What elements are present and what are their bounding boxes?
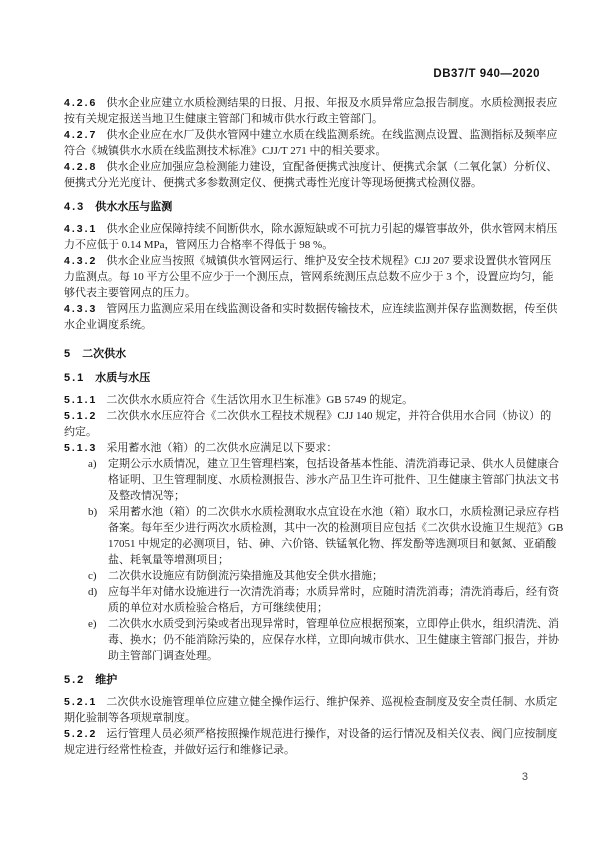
paragraph-line: 符合《城镇供水水质在线监测技术标准》CJJ/T 271 中的相关要求。: [64, 143, 538, 159]
list-marker: d): [88, 584, 97, 600]
heading-number: 5.1: [64, 372, 85, 384]
document-page: DB37/T 940—2020 4.2.6供水企业应建立水质检测结果的日报、月报…: [0, 0, 596, 842]
heading-number: 5.2: [64, 674, 85, 686]
standard-paragraph: 4.2.6供水企业应建立水质检测结果的日报、月报、年报及水质异常应急报告制度。水…: [64, 95, 538, 127]
paragraph-line: 4.3.1供水企业应保障持续不间断供水，除水源短缺或不可抗力引起的爆管事故外，供…: [64, 221, 538, 237]
standard-paragraph: 5.2.2运行管理人员必须严格按照操作规范进行操作，对设备的运行情况及相关仪表、…: [64, 726, 538, 758]
list-item: c)二次供水设施应有防倒流污染措施及其他安全供水措施；: [64, 568, 538, 584]
section-heading: 5.1水质与水压: [64, 370, 538, 386]
list-item-line: 采用蓄水池（箱）的二次供水水质检测取水点宜设在水池（箱）取水口，水质检测记录应存…: [108, 504, 538, 520]
paragraph-number: 5.2.1: [64, 696, 97, 708]
paragraph-line: 4.2.7供水企业应在水厂及供水管网中建立水质在线监测系统。在线监测点设置、监测…: [64, 127, 538, 143]
paragraph-line: 水企业调度系统。: [64, 317, 538, 333]
paragraph-number: 5.1.1: [64, 394, 97, 406]
document-body: 4.2.6供水企业应建立水质检测结果的日报、月报、年报及水质异常应急报告制度。水…: [64, 95, 538, 758]
paragraph-line: 4.2.6供水企业应建立水质检测结果的日报、月报、年报及水质异常应急报告制度。水…: [64, 95, 538, 111]
paragraph-line: 期化验制等各项规章制度。: [64, 710, 538, 726]
standard-paragraph: 4.2.7供水企业应在水厂及供水管网中建立水质在线监测系统。在线监测点设置、监测…: [64, 127, 538, 159]
standard-paragraph: 4.3.1供水企业应保障持续不间断供水，除水源短缺或不可抗力引起的爆管事故外，供…: [64, 221, 538, 253]
list-marker: c): [88, 568, 97, 584]
list-marker: b): [88, 504, 97, 520]
paragraph-line: 5.1.3采用蓄水池（箱）的二次供水应满足以下要求：: [64, 440, 538, 456]
list-item-line: 格证明、卫生管理制度、水质检测报告、涉水产品卫生许可批件、卫生健康主管部门执法文…: [108, 472, 538, 488]
heading-number: 5: [64, 348, 72, 360]
paragraph-line: 4.2.8供水企业应加强应急检测能力建设，宜配备便携式浊度计、便携式余氯（二氧化…: [64, 159, 538, 175]
heading-title: 供水水压与监测: [95, 201, 172, 213]
paragraph-line: 力监测点。每 10 平方公里不应少于一个测压点，管网系统测压点总数不应少于 3 …: [64, 269, 538, 285]
list-item: d)应每半年对储水设施进行一次清洗消毒；水质异常时，应随时清洗消毒；清洗消毒后，…: [64, 584, 538, 616]
paragraph-number: 4.3.3: [64, 303, 97, 315]
paragraph-number: 4.3.1: [64, 223, 97, 235]
paragraph-line: 力不应低于 0.14 MPa，管网压力合格率不得低于 98 %。: [64, 237, 538, 253]
paragraph-line: 5.1.2二次供水水压应符合《二次供水工程技术规程》CJJ 140 规定，并符合…: [64, 408, 538, 424]
standard-paragraph: 4.2.8供水企业应加强应急检测能力建设，宜配备便携式浊度计、便携式余氯（二氧化…: [64, 159, 538, 191]
paragraph-line: 约定。: [64, 424, 538, 440]
standard-paragraph: 5.2.1二次供水设施管理单位应建立健全操作运行、维护保养、巡视检查制度及安全责…: [64, 694, 538, 726]
section-heading: 5.2维护: [64, 672, 538, 688]
heading-title: 维护: [95, 674, 117, 686]
paragraph-line: 4.3.2供水企业应当按照《城镇供水管网运行、维护及安全技术规程》CJJ 207…: [64, 253, 538, 269]
standard-paragraph: 4.3.2供水企业应当按照《城镇供水管网运行、维护及安全技术规程》CJJ 207…: [64, 253, 538, 301]
list-item-line: 盐、耗氧量等增测项目；: [108, 552, 538, 568]
paragraph-number: 5.1.3: [64, 442, 97, 454]
paragraph-number: 5.2.2: [64, 728, 97, 740]
heading-title: 水质与水压: [95, 372, 150, 384]
paragraph-line: 5.2.2运行管理人员必须严格按照操作规范进行操作，对设备的运行情况及相关仪表、…: [64, 726, 538, 742]
chapter-heading: 5二次供水: [64, 346, 538, 362]
list-item-line: 毒、换水；仍不能消除污染的，应保存水样，立即向城市供水、卫生健康主管部门报告，并…: [108, 632, 538, 648]
section-heading: 4.3供水水压与监测: [64, 199, 538, 215]
list-item-line: 17051 中规定的必测项目，钴、砷、六价铬、铁锰氧化物、挥发酚等选测项目和氨氮…: [108, 536, 538, 552]
standard-paragraph: 4.3.3管网压力监测应采用在线监测设备和实时数据传输技术，应连续监测并保存监测…: [64, 301, 538, 333]
paragraph-line: 规定进行经常性检查，并做好运行和维修记录。: [64, 742, 538, 758]
paragraph-line: 便携式分光光度计、便携式多参数测定仪、便携式毒性光度计等现场便携式检测仪器。: [64, 175, 538, 191]
heading-title: 二次供水: [82, 348, 126, 360]
paragraph-line: 按有关规定报送当地卫生健康主管部门和城市供水行政主管部门。: [64, 111, 538, 127]
list-item-line: 定期公示水质情况，建立卫生管理档案，包括设备基本性能、清洗消毒记录、供水人员健康…: [108, 456, 538, 472]
paragraph-number: 4.2.7: [64, 129, 97, 141]
list-item-line: 二次供水设施应有防倒流污染措施及其他安全供水措施；: [108, 568, 538, 584]
list-item: b)采用蓄水池（箱）的二次供水水质检测取水点宜设在水池（箱）取水口，水质检测记录…: [64, 504, 538, 568]
heading-number: 4.3: [64, 201, 85, 213]
list-item-line: 质的单位对水质检验合格后，方可继续使用；: [108, 600, 538, 616]
paragraph-line: 5.2.1二次供水设施管理单位应建立健全操作运行、维护保养、巡视检查制度及安全责…: [64, 694, 538, 710]
list-marker: a): [88, 456, 97, 472]
list-item-line: 助主管部门调查处理。: [108, 648, 538, 664]
standard-paragraph: 5.1.2二次供水水压应符合《二次供水工程技术规程》CJJ 140 规定，并符合…: [64, 408, 538, 440]
standard-paragraph: 5.1.3采用蓄水池（箱）的二次供水应满足以下要求：: [64, 440, 538, 456]
list-item-line: 应每半年对储水设施进行一次清洗消毒；水质异常时，应随时清洗消毒；清洗消毒后，经有…: [108, 584, 538, 600]
paragraph-line: 4.3.3管网压力监测应采用在线监测设备和实时数据传输技术，应连续监测并保存监测…: [64, 301, 538, 317]
standard-paragraph: 5.1.1二次供水水质应符合《生活饮用水卫生标准》GB 5749 的规定。: [64, 392, 538, 408]
page-number: 3: [522, 771, 528, 783]
paragraph-number: 5.1.2: [64, 410, 97, 422]
standard-code-header: DB37/T 940—2020: [433, 68, 540, 80]
paragraph-line: 5.1.1二次供水水质应符合《生活饮用水卫生标准》GB 5749 的规定。: [64, 392, 538, 408]
list-item-line: 备案。每年至少进行两次水质检测，其中一次的检测项目应包括《二次供水设施卫生规范》…: [108, 520, 538, 536]
paragraph-number: 4.3.2: [64, 255, 97, 267]
list-item-line: 及整改情况等；: [108, 488, 538, 504]
paragraph-line: 够代表主要管网点的压力。: [64, 285, 538, 301]
paragraph-number: 4.2.6: [64, 97, 97, 109]
list-item: a)定期公示水质情况，建立卫生管理档案，包括设备基本性能、清洗消毒记录、供水人员…: [64, 456, 538, 504]
paragraph-number: 4.2.8: [64, 161, 97, 173]
list-item: e)二次供水水质受到污染或者出现异常时，管理单位应根据预案，立即停止供水，组织清…: [64, 616, 538, 664]
list-marker: e): [88, 616, 97, 632]
list-item-line: 二次供水水质受到污染或者出现异常时，管理单位应根据预案，立即停止供水，组织清洗、…: [108, 616, 538, 632]
